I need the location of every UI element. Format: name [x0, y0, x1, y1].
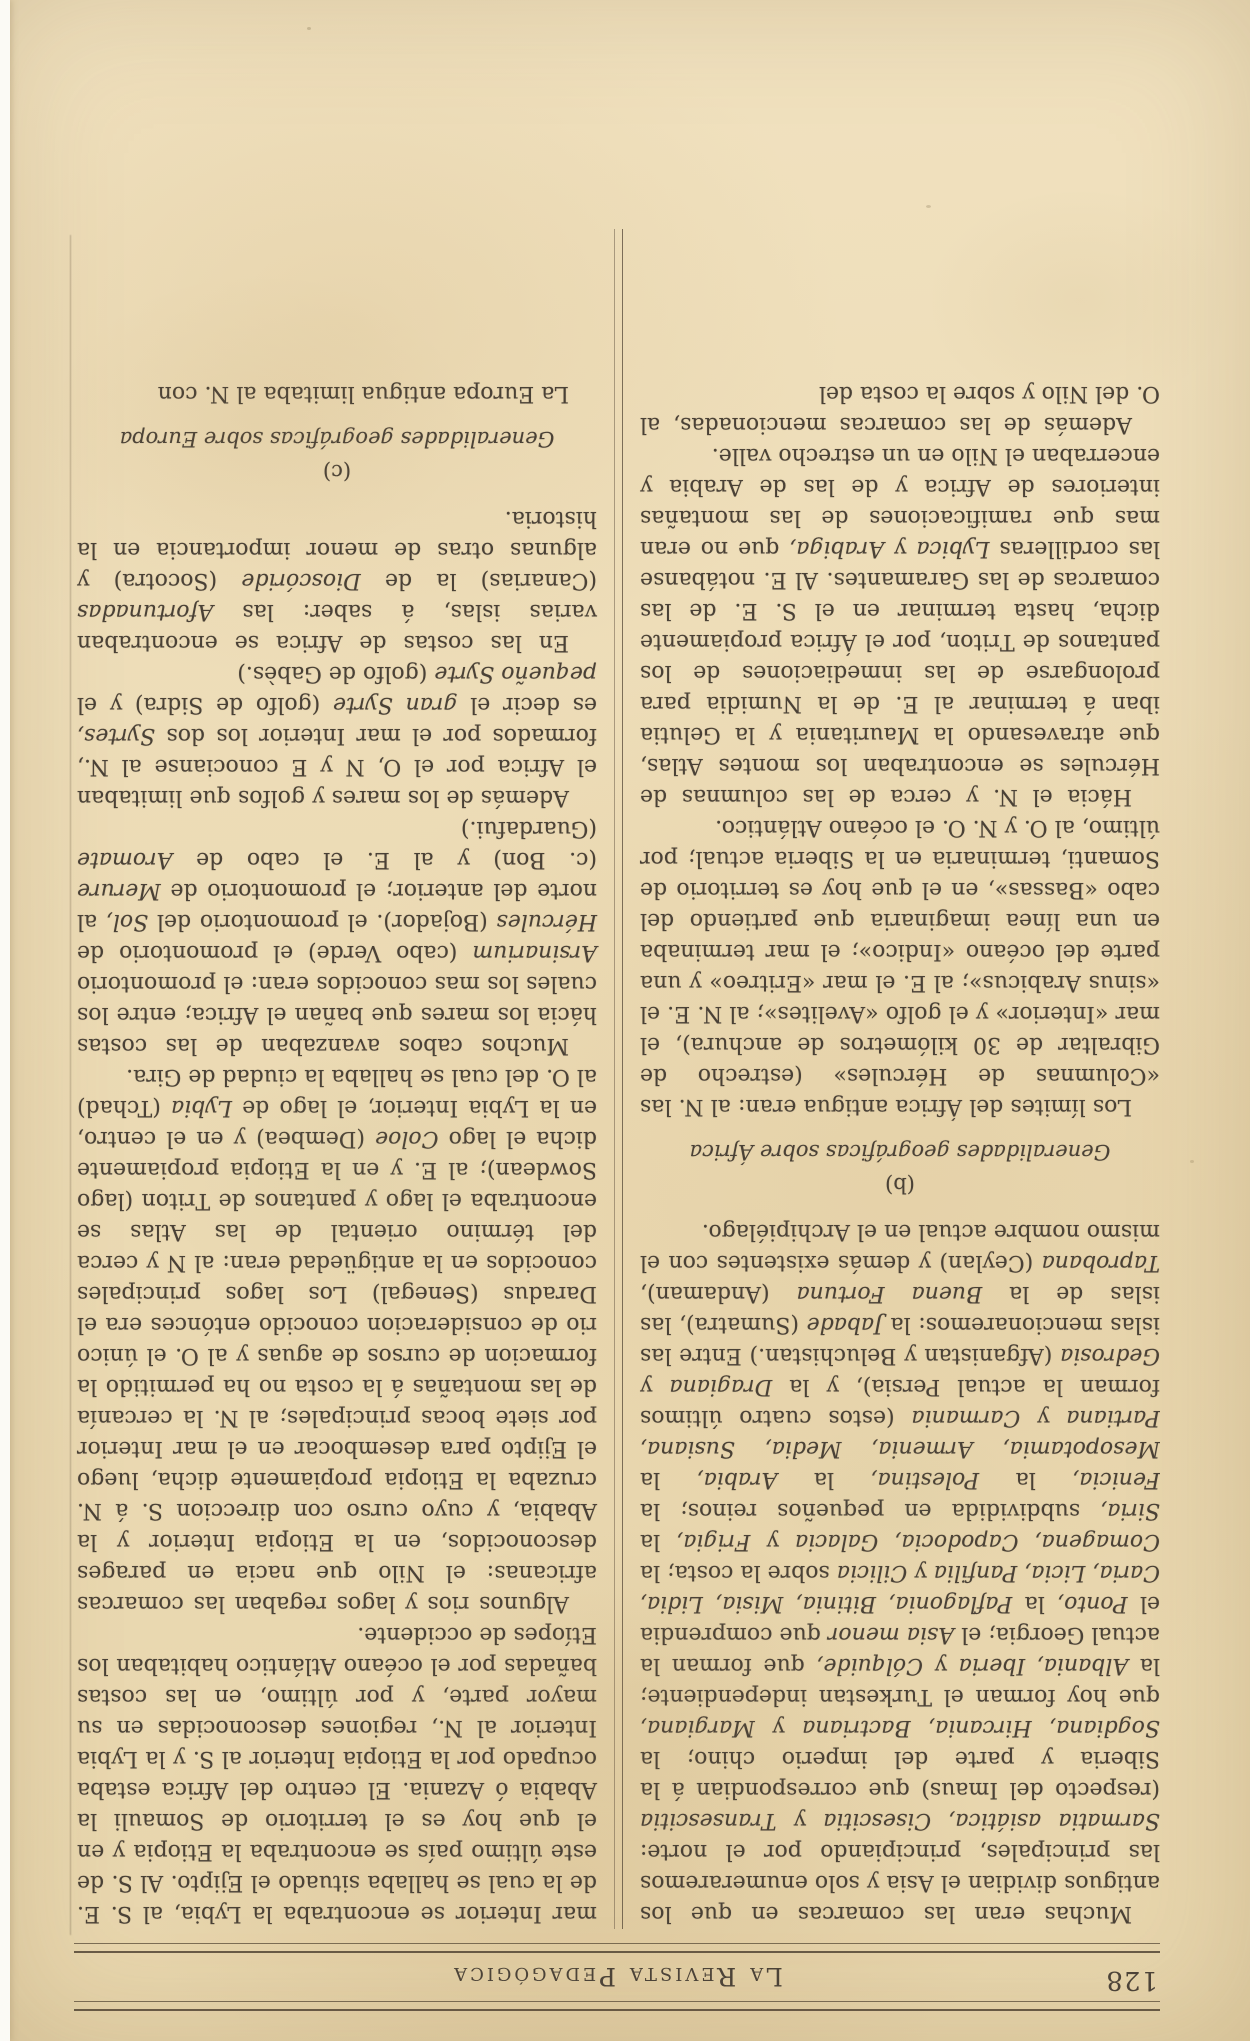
paragraph: Algunos rios y lagos regaban las comarca… [77, 1061, 597, 1619]
paragraph: Muchos cabos avanzaban de las costas hác… [77, 813, 597, 1061]
paper-speck [170, 640, 173, 643]
paragraph: Hácia el N. y cerca de las columnas de H… [640, 440, 1160, 812]
paragraph: Muchas eran las comarcas en que los anti… [640, 1216, 1160, 1929]
journal-title: La Revista Pedagógica [451, 1963, 783, 1992]
page-header: 128 La Revista Pedagógica [74, 1953, 1160, 2001]
text-columns: Muchas eran las comarcas en que los anti… [74, 229, 1160, 1929]
section-label: (c) [77, 456, 597, 487]
header-spacer [74, 1929, 1160, 1943]
column-left: Muchas eran las comarcas en que los anti… [640, 229, 1160, 1929]
section-label: (b) [640, 1169, 1160, 1200]
paragraph: En las costas de Africa se encontraban v… [77, 503, 597, 658]
text-block-edge-rule [70, 235, 71, 1935]
section-title: Generalidades geográficas sobre Europa [77, 423, 597, 454]
header-bottom-rule [74, 1943, 1160, 1953]
rotated-sheet: 128 La Revista Pedagógica Muchas eran la… [0, 0, 1250, 2041]
header-top-rule [74, 2001, 1160, 2011]
scanner-edge-strip [0, 0, 10, 2041]
paper-speck [307, 27, 311, 30]
section-title: Generalidades geográficas sobre África [640, 1136, 1160, 1167]
paragraph: La Europa antigua limitaba al N. con [77, 378, 597, 409]
paper-speck [926, 205, 931, 208]
paragraph: Además de las comarcas mencionadas, al O… [640, 378, 1160, 440]
column-divider-rule [614, 229, 623, 1929]
page-number: 128 [1105, 1965, 1158, 1995]
paragraph: Además de los mares y golfos que limitab… [77, 658, 597, 813]
printed-sheet: 128 La Revista Pedagógica Muchas eran la… [0, 0, 1250, 2041]
paragraph: Los límites del África antigua eran: al … [640, 812, 1160, 1122]
column-right: mar Interior se encontraba la Lybia, al … [77, 229, 597, 1929]
paper-speck [1190, 1160, 1194, 1163]
paragraph: mar Interior se encontraba la Lybia, al … [77, 1619, 597, 1929]
scanned-page: 128 La Revista Pedagógica Muchas eran la… [0, 0, 1250, 2041]
